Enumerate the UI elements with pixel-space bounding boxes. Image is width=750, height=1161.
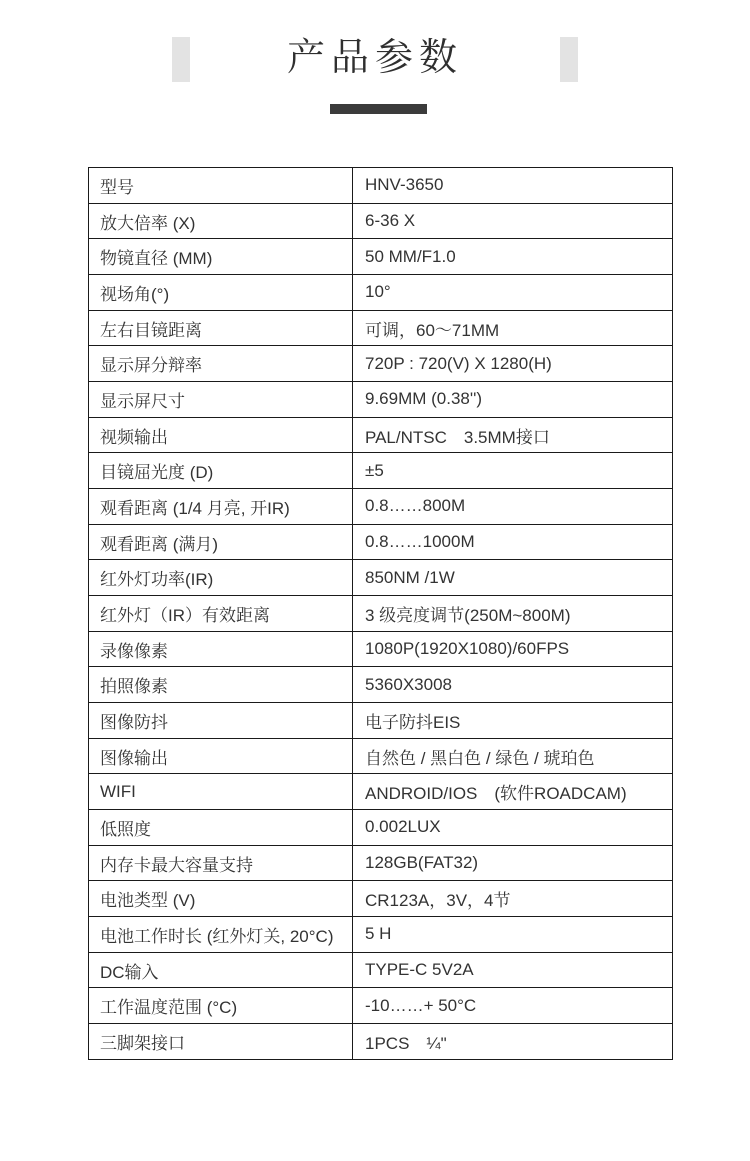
table-row: 工作温度范围 (°C)-10……+ 50°C <box>89 988 673 1024</box>
spec-value-cell: HNV-3650 <box>353 168 673 204</box>
spec-value-cell: ANDROID/IOS (软件ROADCAM) <box>353 774 673 810</box>
table-row: 内存卡最大容量支持128GB(FAT32) <box>89 845 673 881</box>
spec-label-cell: 拍照像素 <box>89 667 353 703</box>
spec-label-cell: 放大倍率 (X) <box>89 203 353 239</box>
spec-label-cell: 红外灯功率(IR) <box>89 560 353 596</box>
table-row: 电池类型 (V)CR123A，3V，4节 <box>89 881 673 917</box>
product-spec-page: 产品参数 型号HNV-3650放大倍率 (X)6-36 X物镜直径 (MM)50… <box>0 0 750 1161</box>
spec-table: 型号HNV-3650放大倍率 (X)6-36 X物镜直径 (MM)50 MM/F… <box>88 167 673 1060</box>
spec-value-cell: ±5 <box>353 453 673 489</box>
spec-label-cell: 录像像素 <box>89 631 353 667</box>
table-row: 拍照像素5360X3008 <box>89 667 673 703</box>
table-row: 低照度0.002LUX <box>89 810 673 846</box>
spec-label-cell: 物镜直径 (MM) <box>89 239 353 275</box>
table-row: 观看距离 (满月)0.8……1000M <box>89 524 673 560</box>
table-row: 电池工作时长 (红外灯关, 20°C)5 H <box>89 917 673 953</box>
spec-label-cell: 工作温度范围 (°C) <box>89 988 353 1024</box>
spec-value-cell: PAL/NTSC 3.5MM接口 <box>353 417 673 453</box>
title-accent-right <box>560 37 578 82</box>
spec-label-cell: 左右目镜距离 <box>89 310 353 346</box>
spec-label-cell: 三脚架接口 <box>89 1024 353 1060</box>
table-row: 显示屏尺寸9.69MM (0.38'') <box>89 382 673 418</box>
table-row: 视场角(°)10° <box>89 275 673 311</box>
spec-label-cell: 图像防抖 <box>89 703 353 739</box>
spec-value-cell: CR123A，3V，4节 <box>353 881 673 917</box>
spec-label-cell: 显示屏分辩率 <box>89 346 353 382</box>
spec-label-cell: 红外灯（IR）有效距离 <box>89 596 353 632</box>
spec-value-cell: 3 级亮度调节(250M~800M) <box>353 596 673 632</box>
spec-value-cell: -10……+ 50°C <box>353 988 673 1024</box>
page-title: 产品参数 <box>0 33 750 83</box>
spec-label-cell: DC输入 <box>89 952 353 988</box>
spec-value-cell: 1PCS ¼" <box>353 1024 673 1060</box>
spec-value-cell: 50 MM/F1.0 <box>353 239 673 275</box>
spec-value-cell: 自然色 / 黑白色 / 绿色 / 琥珀色 <box>353 738 673 774</box>
spec-value-cell: 720P : 720(V) X 1280(H) <box>353 346 673 382</box>
table-row: DC输入TYPE-C 5V2A <box>89 952 673 988</box>
table-row: 视频输出PAL/NTSC 3.5MM接口 <box>89 417 673 453</box>
table-row: 放大倍率 (X)6-36 X <box>89 203 673 239</box>
table-row: 录像像素1080P(1920X1080)/60FPS <box>89 631 673 667</box>
spec-label-cell: 观看距离 (1/4 月亮, 开IR) <box>89 489 353 525</box>
table-row: 显示屏分辩率720P : 720(V) X 1280(H) <box>89 346 673 382</box>
spec-value-cell: 电子防抖EIS <box>353 703 673 739</box>
spec-label-cell: 型号 <box>89 168 353 204</box>
spec-value-cell: 可调，60～71MM <box>353 310 673 346</box>
table-row: 红外灯（IR）有效距离3 级亮度调节(250M~800M) <box>89 596 673 632</box>
spec-value-cell: 850NM /1W <box>353 560 673 596</box>
spec-label-cell: WIFI <box>89 774 353 810</box>
spec-value-cell: 9.69MM (0.38'') <box>353 382 673 418</box>
table-row: 左右目镜距离可调，60～71MM <box>89 310 673 346</box>
table-row: 目镜屈光度 (D)±5 <box>89 453 673 489</box>
table-row: 红外灯功率(IR)850NM /1W <box>89 560 673 596</box>
table-row: 型号HNV-3650 <box>89 168 673 204</box>
table-row: 图像输出自然色 / 黑白色 / 绿色 / 琥珀色 <box>89 738 673 774</box>
spec-value-cell: 1080P(1920X1080)/60FPS <box>353 631 673 667</box>
spec-label-cell: 观看距离 (满月) <box>89 524 353 560</box>
spec-label-cell: 目镜屈光度 (D) <box>89 453 353 489</box>
spec-label-cell: 视场角(°) <box>89 275 353 311</box>
table-row: 物镜直径 (MM)50 MM/F1.0 <box>89 239 673 275</box>
table-row: 观看距离 (1/4 月亮, 开IR)0.8……800M <box>89 489 673 525</box>
spec-value-cell: 10° <box>353 275 673 311</box>
spec-value-cell: 5360X3008 <box>353 667 673 703</box>
title-underline <box>330 104 427 114</box>
spec-value-cell: 128GB(FAT32) <box>353 845 673 881</box>
spec-value-cell: 0.8……800M <box>353 489 673 525</box>
spec-label-cell: 电池工作时长 (红外灯关, 20°C) <box>89 917 353 953</box>
spec-label-cell: 低照度 <box>89 810 353 846</box>
header: 产品参数 <box>0 0 750 150</box>
table-row: WIFIANDROID/IOS (软件ROADCAM) <box>89 774 673 810</box>
spec-table-body: 型号HNV-3650放大倍率 (X)6-36 X物镜直径 (MM)50 MM/F… <box>89 168 673 1060</box>
table-row: 三脚架接口1PCS ¼" <box>89 1024 673 1060</box>
spec-label-cell: 视频输出 <box>89 417 353 453</box>
spec-label-cell: 内存卡最大容量支持 <box>89 845 353 881</box>
spec-value-cell: 5 H <box>353 917 673 953</box>
table-row: 图像防抖电子防抖EIS <box>89 703 673 739</box>
spec-value-cell: TYPE-C 5V2A <box>353 952 673 988</box>
spec-value-cell: 0.002LUX <box>353 810 673 846</box>
spec-label-cell: 电池类型 (V) <box>89 881 353 917</box>
spec-value-cell: 6-36 X <box>353 203 673 239</box>
spec-label-cell: 图像输出 <box>89 738 353 774</box>
spec-label-cell: 显示屏尺寸 <box>89 382 353 418</box>
spec-value-cell: 0.8……1000M <box>353 524 673 560</box>
